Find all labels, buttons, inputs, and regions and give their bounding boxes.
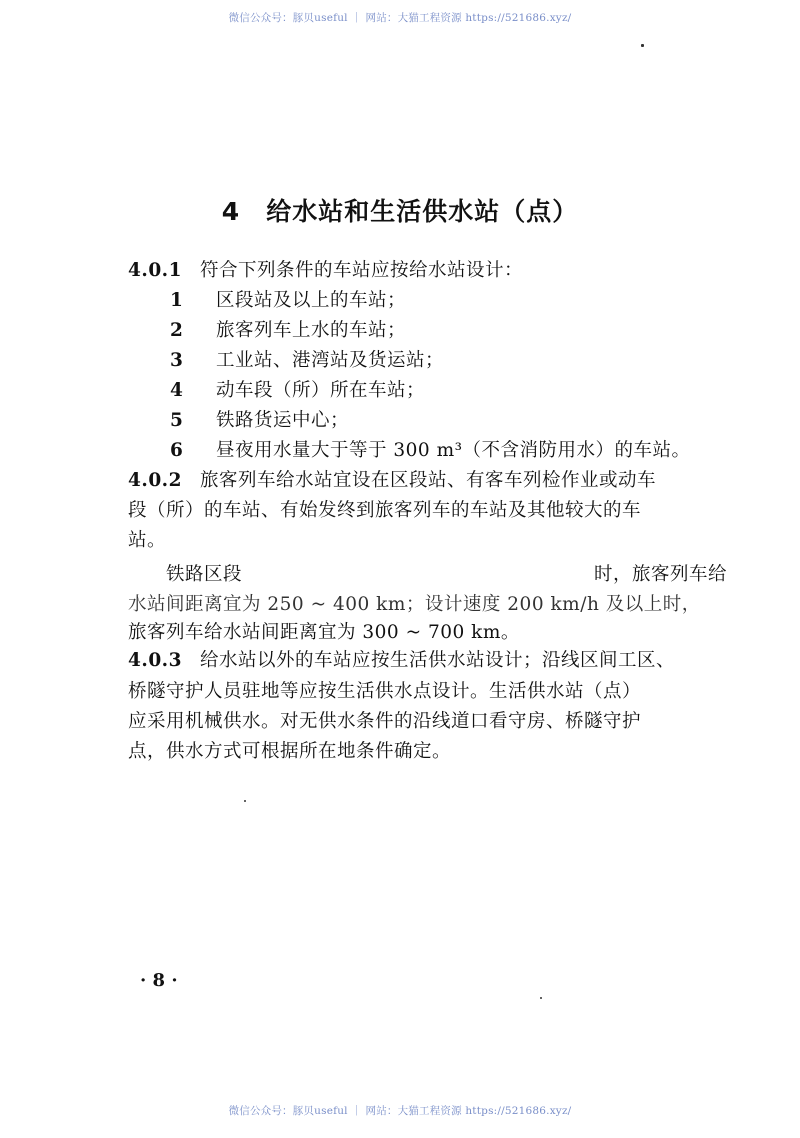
list-item: 3工业站、港湾站及货运站； <box>170 346 444 372</box>
clause-text: 给水站以外的车站应按生活供水站设计；沿线区间工区、 <box>200 650 675 671</box>
list-item-number: 3 <box>170 350 216 371</box>
paragraph-line: 桥隧守护人员驻地等应按生活供水点设计。生活供水站（点） <box>128 677 641 703</box>
list-item: 2旅客列车上水的车站； <box>170 316 406 342</box>
clause-text: 旅客列车给水站宜设在区段站、有客车列检作业或动车 <box>200 470 656 491</box>
paragraph-fragment: 铁路区段 <box>166 564 242 585</box>
clause-4-0-2: 4.0.2旅客列车给水站宜设在区段站、有客车列检作业或动车 <box>128 466 656 492</box>
list-item-text: 旅客列车上水的车站； <box>216 320 406 341</box>
chapter-number: 4 <box>222 197 240 226</box>
scan-speck <box>540 997 542 999</box>
paragraph-line: 水站间距离宜为 250 ~ 400 km；设计速度 200 km/h 及以上时， <box>128 590 701 616</box>
list-item: 6昼夜用水量大于等于 300 m³（不含消防用水）的车站。 <box>170 436 691 462</box>
list-item-number: 1 <box>170 290 216 311</box>
paragraph-line: 段（所）的车站、有始发终到旅客列车的车站及其他较大的车 <box>128 496 641 522</box>
chapter-title-text: 给水站和生活供水站（点） <box>266 197 578 226</box>
list-item-text: 区段站及以上的车站； <box>216 290 406 311</box>
page-number: · 8 · <box>140 970 178 991</box>
paragraph-line: 点，供水方式可根据所在地条件确定。 <box>128 737 451 763</box>
clause-4-0-1: 4.0.1符合下列条件的车站应按给水站设计： <box>128 256 523 282</box>
paragraph-fragment: 时，旅客列车给 <box>594 564 727 585</box>
paragraph-line: 应采用机械供水。对无供水条件的沿线道口看守房、桥隧守护 <box>128 707 641 733</box>
list-item-text: 工业站、港湾站及货运站； <box>216 350 444 371</box>
list-item: 4动车段（所）所在车站； <box>170 376 425 402</box>
list-item: 1区段站及以上的车站； <box>170 286 406 312</box>
chapter-title: 4给水站和生活供水站（点） <box>0 192 800 228</box>
paragraph-line: 旅客列车给水站间距离宜为 300 ~ 700 km。 <box>128 618 520 644</box>
scan-speck <box>244 800 246 802</box>
list-item-number: 5 <box>170 410 216 431</box>
list-item-text: 铁路货运中心； <box>216 410 349 431</box>
clause-number: 4.0.2 <box>128 470 182 491</box>
watermark-footer: 微信公众号：豚贝useful ｜ 网站：大猫工程资源 https://52168… <box>0 1103 800 1118</box>
paragraph-line: 站。 <box>128 526 166 552</box>
paragraph-line: 铁路区段时，旅客列车给 <box>166 560 727 586</box>
scan-speck <box>641 44 644 47</box>
clause-number: 4.0.3 <box>128 650 182 671</box>
list-item-number: 2 <box>170 320 216 341</box>
list-item-text: 动车段（所）所在车站； <box>216 380 425 401</box>
clause-text: 符合下列条件的车站应按给水站设计： <box>200 260 523 281</box>
list-item-text: 昼夜用水量大于等于 300 m³（不含消防用水）的车站。 <box>216 440 691 461</box>
clause-number: 4.0.1 <box>128 260 182 281</box>
list-item: 5铁路货运中心； <box>170 406 349 432</box>
clause-4-0-3: 4.0.3给水站以外的车站应按生活供水站设计；沿线区间工区、 <box>128 646 675 672</box>
list-item-number: 4 <box>170 380 216 401</box>
list-item-number: 6 <box>170 440 216 461</box>
watermark-header: 微信公众号：豚贝useful ｜ 网站：大猫工程资源 https://52168… <box>0 10 800 25</box>
